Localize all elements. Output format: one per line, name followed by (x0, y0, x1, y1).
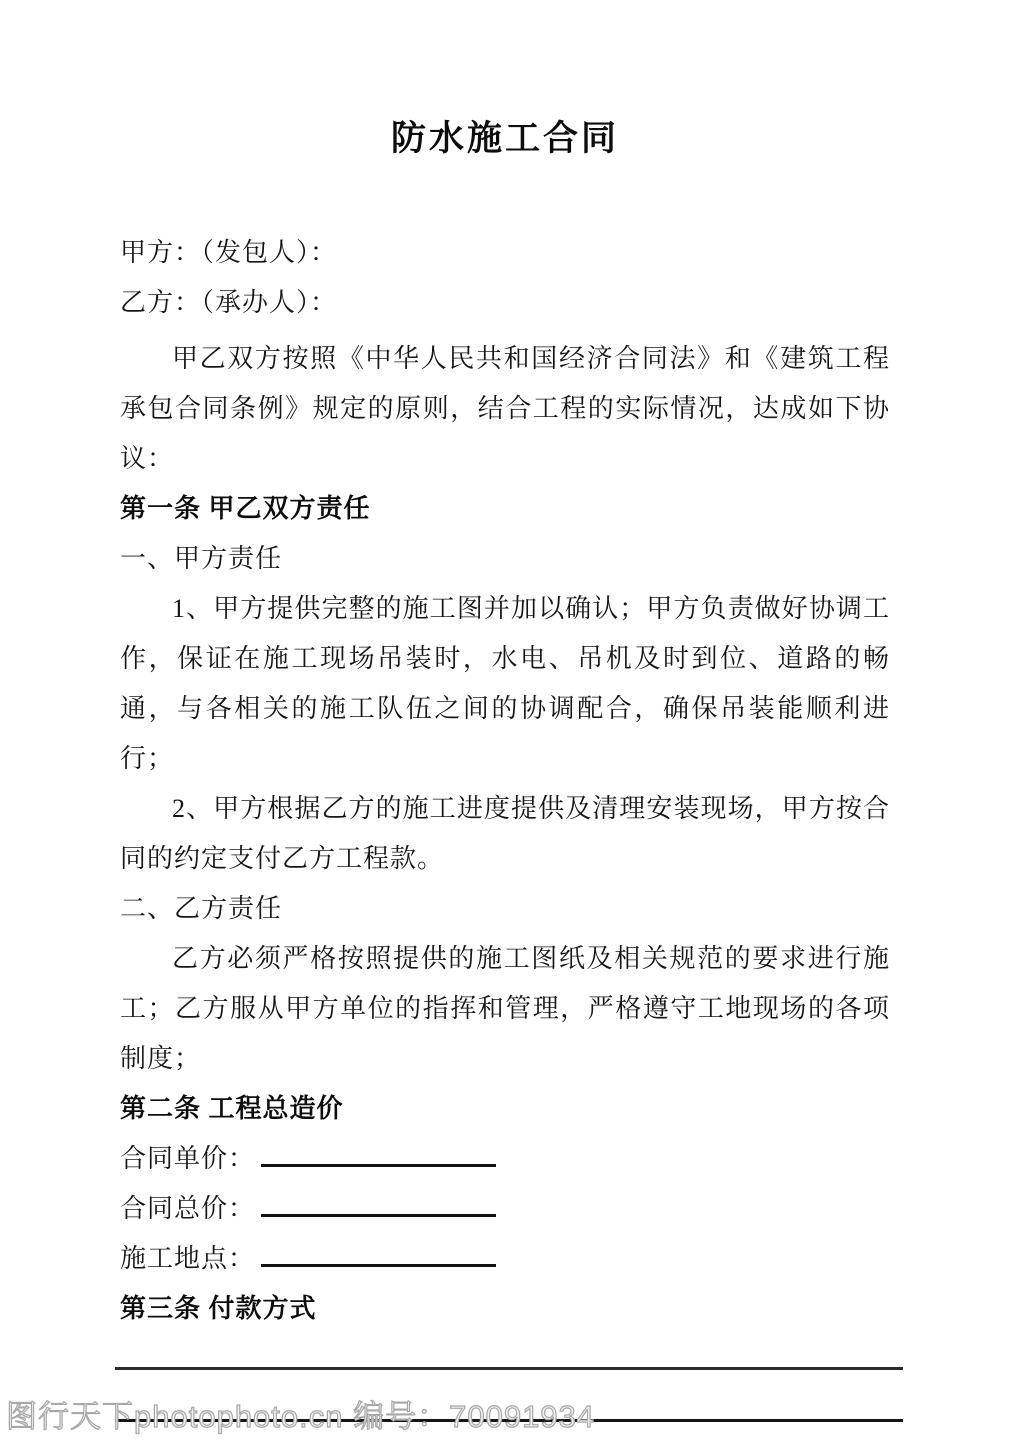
party-b-line: 乙方：（承办人）： (120, 278, 890, 328)
contract-unit-price-label: 合同单价： (120, 1144, 255, 1173)
article-3-heading: 第三条 付款方式 (120, 1284, 890, 1334)
article-1-section-1-item-1: 1、甲方提供完整的施工图并加以确认；甲方负责做好协调工作，保证在施工现场吊装时，… (120, 584, 890, 784)
contract-document-page: 防水施工合同 甲方：（发包人）： 乙方：（承办人）： 甲乙双方按照《中华人民共和… (0, 0, 1024, 1448)
document-title: 防水施工合同 (120, 0, 890, 160)
payment-blank-rule-1 (115, 1334, 903, 1370)
article-1-section-2-title: 二、乙方责任 (120, 884, 890, 934)
document-body: 防水施工合同 甲方：（发包人）： 乙方：（承办人）： 甲乙双方按照《中华人民共和… (120, 0, 890, 1422)
article-1-heading: 第一条 甲乙双方责任 (120, 484, 890, 534)
contract-total-price-row: 合同总价： (120, 1184, 890, 1234)
contract-unit-price-row: 合同单价： (120, 1134, 890, 1184)
article-1-section-2-item-1: 乙方必须严格按照提供的施工图纸及相关规范的要求进行施工；乙方服从甲方单位的指挥和… (120, 934, 890, 1084)
stock-site-watermark: 图行天下photophoto.cn 编号：70091934 (6, 1391, 595, 1436)
construction-site-label: 施工地点： (120, 1244, 255, 1273)
contract-total-price-label: 合同总价： (120, 1194, 255, 1223)
article-1-section-1-title: 一、甲方责任 (120, 534, 890, 584)
contract-unit-price-blank-line (261, 1134, 496, 1167)
preamble-paragraph: 甲乙双方按照《中华人民共和国经济合同法》和《建筑工程承包合同条例》规定的原则，结… (120, 334, 890, 484)
contract-total-price-blank-line (261, 1184, 496, 1217)
party-a-line: 甲方：（发包人）： (120, 228, 890, 278)
article-2-heading: 第二条 工程总造价 (120, 1084, 890, 1134)
article-1-section-1-item-2: 2、甲方根据乙方的施工进度提供及清理安装现场，甲方按合同的约定支付乙方工程款。 (120, 784, 890, 884)
construction-site-row: 施工地点： (120, 1234, 890, 1284)
construction-site-blank-line (261, 1234, 496, 1267)
